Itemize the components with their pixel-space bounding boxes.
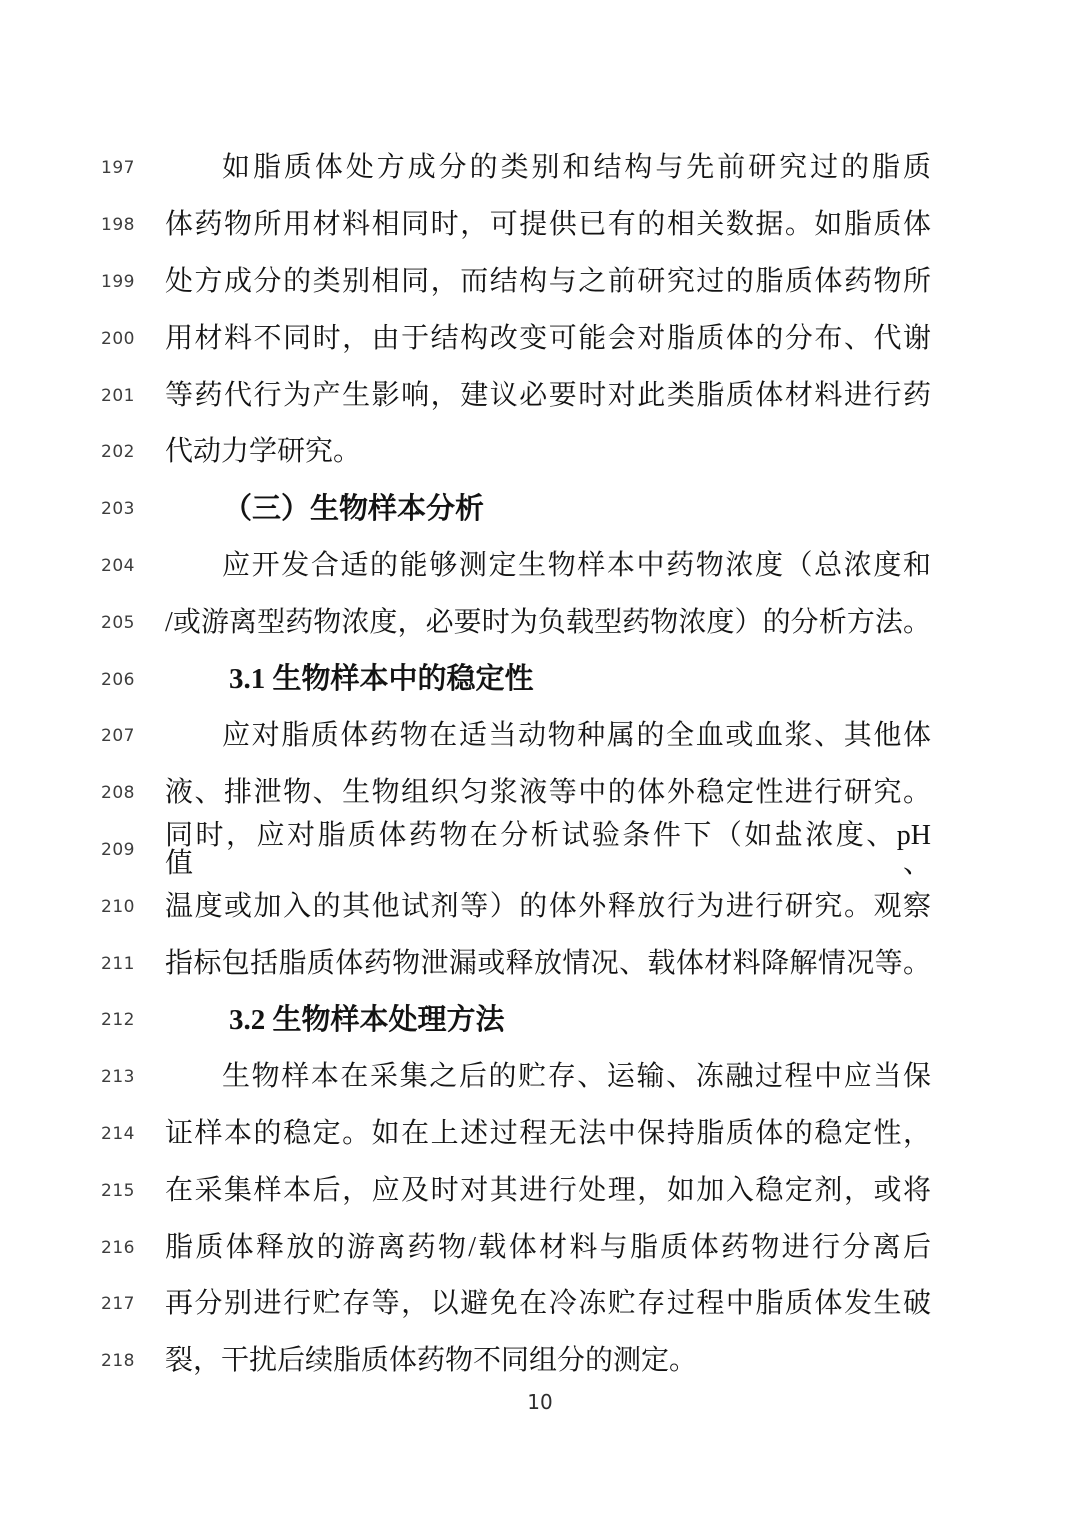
document-line: 211指标包括脂质体药物泄漏或释放情况、载体材料降解情况等。 <box>0 935 1080 992</box>
line-text: 证样本的稳定。如在上述过程无法中保持脂质体的稳定性， <box>165 1120 931 1148</box>
document-line: 214证样本的稳定。如在上述过程无法中保持脂质体的稳定性， <box>0 1106 1080 1163</box>
line-number: 212 <box>0 1010 165 1030</box>
line-number: 202 <box>0 442 165 462</box>
line-text: 等药代行为产生影响，建议必要时对此类脂质体材料进行药 <box>165 382 931 410</box>
line-number: 213 <box>0 1067 165 1087</box>
document-line: 207应对脂质体药物在适当动物种属的全血或血浆、其他体 <box>0 708 1080 765</box>
line-text: 指标包括脂质体药物泄漏或释放情况、载体材料降解情况等。 <box>165 950 931 978</box>
document-line: 201等药代行为产生影响，建议必要时对此类脂质体材料进行药 <box>0 367 1080 424</box>
document-line: 210温度或加入的其他试剂等）的体外释放行为进行研究。观察 <box>0 878 1080 935</box>
page-number: 10 <box>0 1390 1080 1414</box>
line-number: 211 <box>0 954 165 974</box>
line-text: 体药物所用材料相同时，可提供已有的相关数据。如脂质体 <box>165 211 931 239</box>
line-number: 204 <box>0 556 165 576</box>
line-number: 201 <box>0 386 165 406</box>
line-text: 3.2 生物样本处理方法 <box>165 1006 931 1035</box>
line-number: 200 <box>0 329 165 349</box>
line-text: 代动力学研究。 <box>165 438 931 466</box>
line-text: 再分别进行贮存等，以避免在冷冻贮存过程中脂质体发生破 <box>165 1290 931 1318</box>
line-number: 216 <box>0 1238 165 1258</box>
document-line: 208液、排泄物、生物组织匀浆液等中的体外稳定性进行研究。 <box>0 765 1080 822</box>
document-line: 205/或游离型药物浓度，必要时为负载型药物浓度）的分析方法。 <box>0 594 1080 651</box>
line-text: 液、排泄物、生物组织匀浆液等中的体外稳定性进行研究。 <box>165 779 931 807</box>
line-text: 在采集样本后，应及时对其进行处理，如加入稳定剂，或将 <box>165 1177 931 1205</box>
line-text: /或游离型药物浓度，必要时为负载型药物浓度）的分析方法。 <box>165 609 931 637</box>
line-number: 203 <box>0 499 165 519</box>
line-text: 裂，干扰后续脂质体药物不同组分的测定。 <box>165 1347 931 1375</box>
line-number: 215 <box>0 1181 165 1201</box>
line-number: 206 <box>0 670 165 690</box>
document-line: 200用材料不同时，由于结构改变可能会对脂质体的分布、代谢 <box>0 310 1080 367</box>
document-line: 217再分别进行贮存等，以避免在冷冻贮存过程中脂质体发生破 <box>0 1276 1080 1333</box>
line-number: 209 <box>0 840 165 860</box>
document-page: 197如脂质体处方成分的类别和结构与先前研究过的脂质198体药物所用材料相同时，… <box>0 0 1080 1527</box>
document-line: 209同时，应对脂质体药物在分析试验条件下（如盐浓度、pH 值、 <box>0 822 1080 879</box>
document-line: 2063.1 生物样本中的稳定性 <box>0 651 1080 708</box>
line-number: 199 <box>0 272 165 292</box>
line-number: 198 <box>0 215 165 235</box>
document-line: 218裂，干扰后续脂质体药物不同组分的测定。 <box>0 1333 1080 1390</box>
document-line: 213生物样本在采集之后的贮存、运输、冻融过程中应当保 <box>0 1049 1080 1106</box>
document-line: 215在采集样本后，应及时对其进行处理，如加入稳定剂，或将 <box>0 1162 1080 1219</box>
line-number: 197 <box>0 158 165 178</box>
document-line: 2123.2 生物样本处理方法 <box>0 992 1080 1049</box>
line-number: 217 <box>0 1294 165 1314</box>
document-line: 197如脂质体处方成分的类别和结构与先前研究过的脂质 <box>0 140 1080 197</box>
line-text: 生物样本在采集之后的贮存、运输、冻融过程中应当保 <box>165 1063 931 1091</box>
line-text: 应对脂质体药物在适当动物种属的全血或血浆、其他体 <box>165 722 931 750</box>
line-text: 脂质体释放的游离药物/载体材料与脂质体药物进行分离后 <box>165 1234 931 1262</box>
line-text: 如脂质体处方成分的类别和结构与先前研究过的脂质 <box>165 154 931 182</box>
document-line: 204应开发合适的能够测定生物样本中药物浓度（总浓度和 <box>0 538 1080 595</box>
line-text: 应开发合适的能够测定生物样本中药物浓度（总浓度和 <box>165 552 931 580</box>
document-body: 197如脂质体处方成分的类别和结构与先前研究过的脂质198体药物所用材料相同时，… <box>0 140 1080 1390</box>
document-line: 216脂质体释放的游离药物/载体材料与脂质体药物进行分离后 <box>0 1219 1080 1276</box>
document-line: 203（三）生物样本分析 <box>0 481 1080 538</box>
document-line: 198体药物所用材料相同时，可提供已有的相关数据。如脂质体 <box>0 197 1080 254</box>
line-number: 218 <box>0 1351 165 1371</box>
document-line: 199处方成分的类别相同，而结构与之前研究过的脂质体药物所 <box>0 254 1080 311</box>
line-text: 同时，应对脂质体药物在分析试验条件下（如盐浓度、pH 值、 <box>165 822 931 878</box>
line-text: 3.1 生物样本中的稳定性 <box>165 665 931 694</box>
line-number: 207 <box>0 726 165 746</box>
line-text: 用材料不同时，由于结构改变可能会对脂质体的分布、代谢 <box>165 325 931 353</box>
document-line: 202代动力学研究。 <box>0 424 1080 481</box>
line-number: 208 <box>0 783 165 803</box>
line-text: 处方成分的类别相同，而结构与之前研究过的脂质体药物所 <box>165 268 931 296</box>
line-number: 210 <box>0 897 165 917</box>
line-text: （三）生物样本分析 <box>165 495 931 524</box>
line-number: 205 <box>0 613 165 633</box>
line-number: 214 <box>0 1124 165 1144</box>
line-text: 温度或加入的其他试剂等）的体外释放行为进行研究。观察 <box>165 893 931 921</box>
